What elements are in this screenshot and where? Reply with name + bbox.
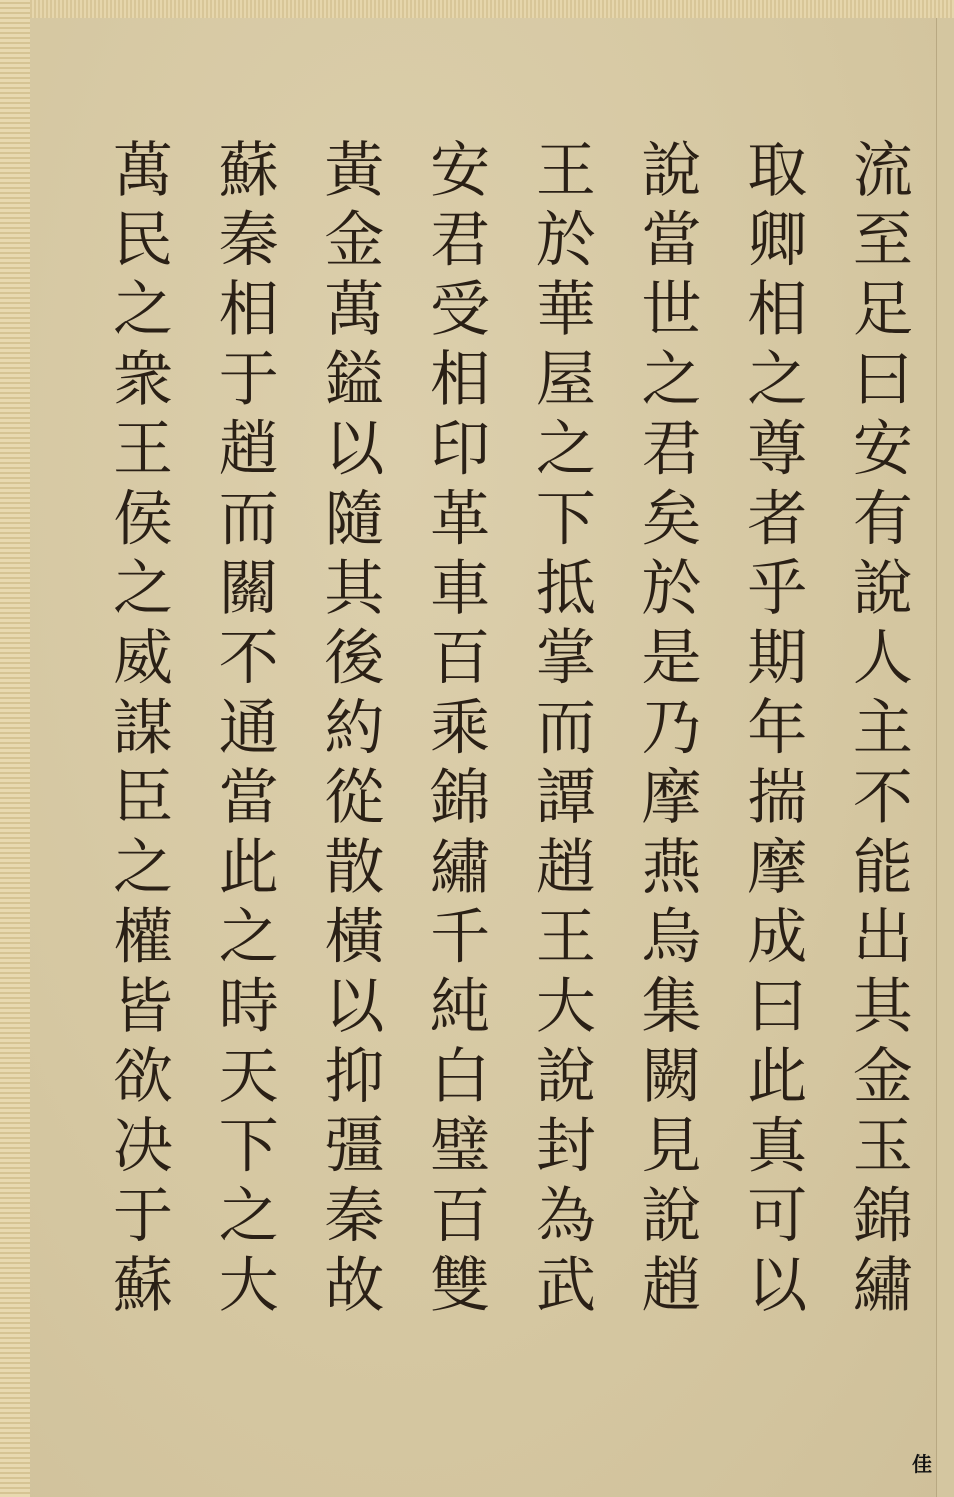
watermark-seal: 佳	[912, 1454, 932, 1474]
text-column-3: 說當世之君矣於是乃摩燕烏集闕見說趙	[617, 138, 717, 1438]
column-rule-line	[936, 18, 937, 1497]
text-column-1: 流至足曰安有說人主不能出其金玉錦繡	[828, 138, 928, 1438]
text-column-8: 萬民之衆王侯之威謀臣之權皆欲决于蘇	[88, 138, 188, 1438]
silk-border-left	[0, 0, 30, 1497]
text-column-7: 蘇秦相于趙而關不通當此之時天下之大	[194, 138, 294, 1438]
text-column-5: 安君受相印革車百乘錦繡千純白璧百雙	[405, 138, 505, 1438]
calligraphy-text-block: 流至足曰安有說人主不能出其金玉錦繡 取卿相之尊者乎期年揣摩成曰此真可以 說當世之…	[88, 138, 928, 1438]
silk-border-top	[0, 0, 954, 18]
text-column-4: 王於華屋之下抵掌而譚趙王大說封為武	[511, 138, 611, 1438]
adjacent-sheet-edge	[937, 18, 954, 1497]
text-column-2: 取卿相之尊者乎期年揣摩成曰此真可以	[722, 138, 822, 1438]
text-column-6: 黃金萬鎰以隨其後約從散橫以抑彊秦故	[299, 138, 399, 1438]
